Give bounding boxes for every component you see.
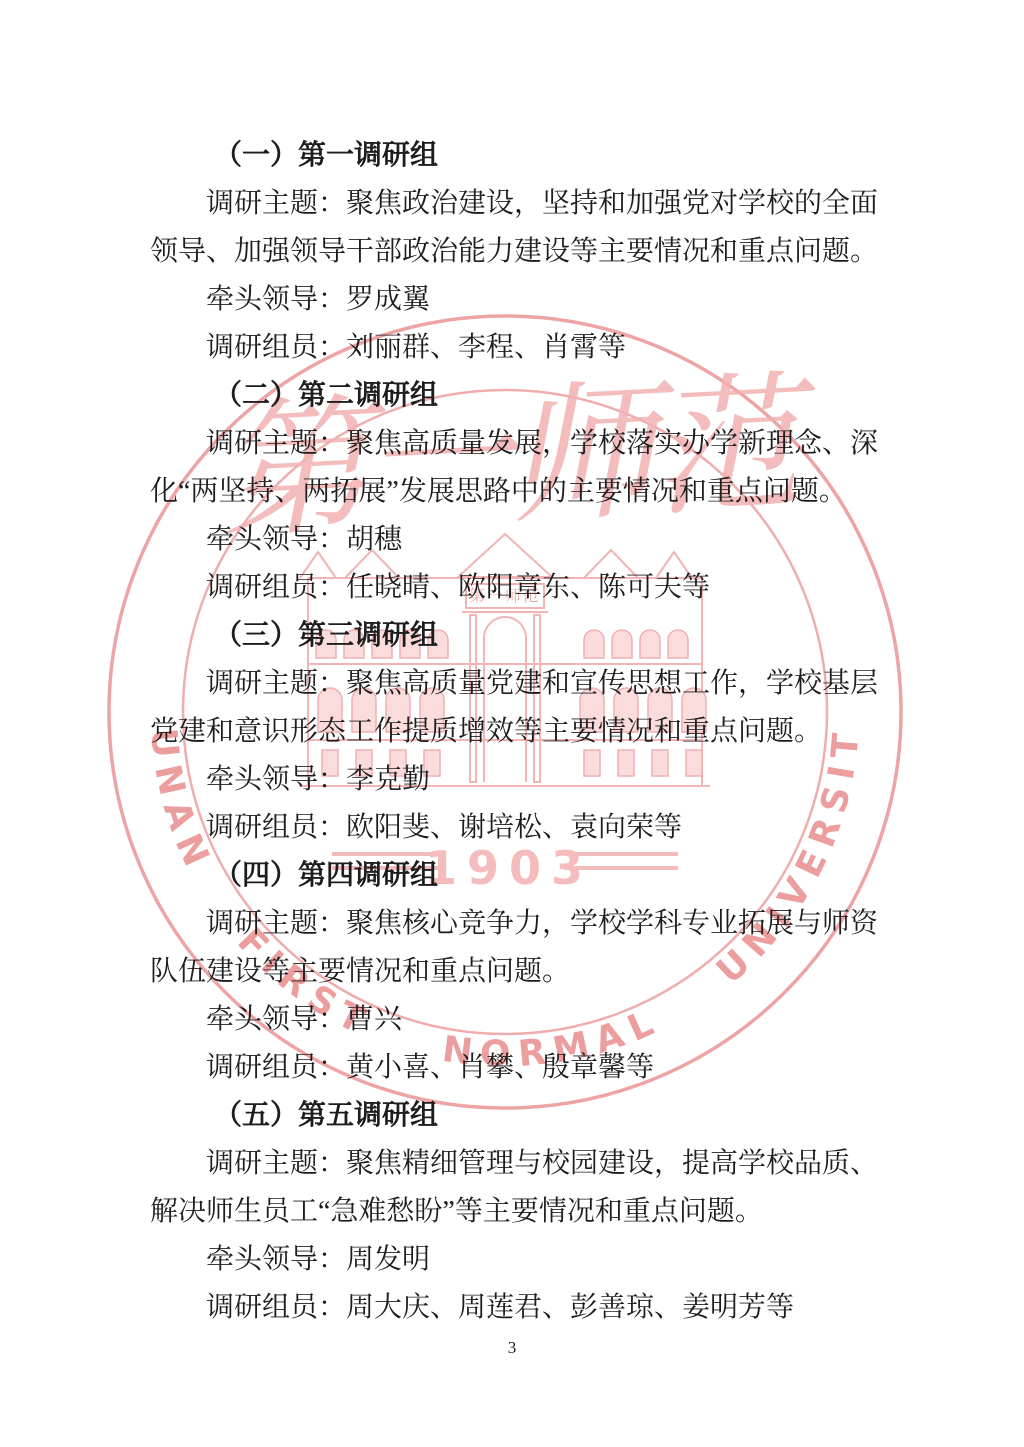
- body-line: 牵头领导：李克勤: [150, 756, 886, 804]
- body-line: 牵头领导：胡穗: [150, 516, 886, 564]
- body-line: 解决师生员工“急难愁盼”等主要情况和重点问题。: [150, 1188, 886, 1236]
- body-line: 党建和意识形态工作提质增效等主要情况和重点问题。: [150, 708, 886, 756]
- body-line: 化“两坚持、两拓展”发展思路中的主要情况和重点问题。: [150, 468, 886, 516]
- body-line: 调研组员：周大庆、周莲君、彭善琼、姜明芳等: [150, 1284, 886, 1332]
- body-line: 调研主题：聚焦高质量发展，学校落实办学新理念、深: [150, 420, 886, 468]
- section-heading-1: （一）第一调研组: [150, 132, 886, 180]
- body-line: 调研主题：聚焦政治建设，坚持和加强党对学校的全面: [150, 180, 886, 228]
- section-heading-2: （二）第二调研组: [150, 372, 886, 420]
- body-line: 调研组员：刘丽群、李程、肖霄等: [150, 324, 886, 372]
- body-line: 调研组员：任晓晴、欧阳章东、陈可夫等: [150, 564, 886, 612]
- body-line: 队伍建设等主要情况和重点问题。: [150, 948, 886, 996]
- body-line: 调研主题：聚焦核心竞争力，学校学科专业拓展与师资: [150, 900, 886, 948]
- body-line: 牵头领导：周发明: [150, 1236, 886, 1284]
- body-line: 牵头领导：罗成翼: [150, 276, 886, 324]
- document-body: （一）第一调研组调研主题：聚焦政治建设，坚持和加强党对学校的全面领导、加强领导干…: [150, 132, 886, 1332]
- body-line: 调研组员：欧阳斐、谢培松、袁向荣等: [150, 804, 886, 852]
- body-line: 牵头领导：曹兴: [150, 996, 886, 1044]
- section-heading-5: （五）第五调研组: [150, 1092, 886, 1140]
- body-line: 调研主题：聚焦精细管理与校园建设，提高学校品质、: [150, 1140, 886, 1188]
- body-line: 领导、加强领导干部政治能力建设等主要情况和重点问题。: [150, 228, 886, 276]
- page-number: 3: [0, 1338, 1024, 1358]
- section-heading-4: （四）第四调研组: [150, 852, 886, 900]
- section-heading-3: （三）第三调研组: [150, 612, 886, 660]
- document-page: HUNAN FIRST NORMAL UNIVERSITY 第一师范: [0, 0, 1024, 1447]
- body-line: 调研主题：聚焦高质量党建和宣传思想工作，学校基层: [150, 660, 886, 708]
- body-line: 调研组员：黄小喜、肖攀、殷章馨等: [150, 1044, 886, 1092]
